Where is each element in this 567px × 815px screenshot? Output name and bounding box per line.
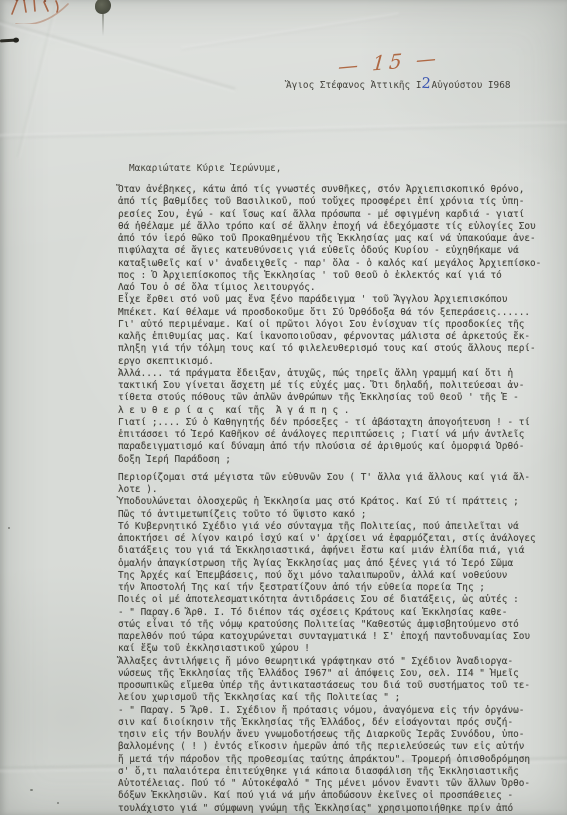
text-line: - " Παραγ.6 Ἄρθ. Ι. Τό διέπον τάς σχέσει… xyxy=(118,607,554,619)
text-line: δοξη Ἱερή Παράδοση ; xyxy=(118,454,554,466)
paper-crease xyxy=(181,13,399,50)
text-line: παρελθόν πού τώρα κατοχυρώνεται συνταγμα… xyxy=(118,631,554,643)
text-line: Γι' αὐτό περιμέναμε. Καί οἱ πρῶτοι λόγοι… xyxy=(118,319,554,331)
text-line: ἤ μετά τήν πάροδον τῆς προθεσμίας ταύτης… xyxy=(118,754,554,766)
text-line: βαλλομένης ( ! ) ἐντός εἴκοσιν ἡμερῶν ἀπ… xyxy=(118,741,554,753)
text-line: καλῆς ἐπιθυμίας μας. Καί ἱκανοποιοῦσαν, … xyxy=(118,331,554,343)
document-page: — 15 — Ἅγιος Στέφανος Ἀττικῆς Ι2Αὐγούστο… xyxy=(0,0,567,815)
text-line: Εἶχε ἔρθει στό νοῦ μας ἕνα ξένο παράδειγ… xyxy=(118,294,554,306)
salutation: Μακαριώτατε Κύριε Ἱερώνυμε, xyxy=(129,163,281,174)
text-line: νώσεως τῆς Ἐκκλησίας τῆς Ἑλλάδος Ι967" α… xyxy=(118,668,554,680)
text-line: δόξων Ἐκκλησιῶν. Καί πού γιά νά μήν ἀποδ… xyxy=(118,790,554,802)
text-line: εργο σκεπτικισμό. xyxy=(118,356,554,368)
paragraph: Περιορίζομαι στά μέγιστα τῶν εὐθυνῶν Σου… xyxy=(118,472,554,815)
paragraph: Ὅταν ἀνέβηκες, κάτω ἀπό τίς γνωστές συνθ… xyxy=(118,184,554,368)
date-line: Ἅγιος Στέφανος Ἀττικῆς Ι2Αὐγούστου Ι968 xyxy=(286,80,511,91)
text-line: λοτε ). xyxy=(118,484,554,496)
text-line: ὁμαλήν ἀπαγκίστρωση τῆς Ἁγίας Ἐκκλησίας … xyxy=(118,558,554,570)
text-line: Ποιές οἱ μέ ἀποτελεσματικότητα ἀντιδράσε… xyxy=(118,594,554,606)
ink-blot-drip xyxy=(102,14,104,36)
text-line: στώς εἶναι τό τῆς νόμῳ κρατούσης Πολιτεί… xyxy=(118,619,554,631)
date-typed-suffix: Αὐγούστου Ι968 xyxy=(431,80,510,91)
text-line: Γιατί ;.... Σύ ὁ Καθηγητής δέν πρόσεξες … xyxy=(118,417,554,429)
text-line: Ὑποδουλώνεται ὁλοσχερῶς ἡ Ἐκκλησία μας σ… xyxy=(118,496,554,508)
text-line: ἀποκτήσει σέ λίγον καιρό ἰσχύ καί ν' ἀρχ… xyxy=(118,533,554,545)
text-line: Της Ἀρχές καί Ἐπεμβάσεις, πού ὄχι μόνο τ… xyxy=(118,570,554,582)
ink-speck xyxy=(57,802,59,804)
date-typed-prefix: Ἅγιος Στέφανος Ἀττικῆς Ι xyxy=(286,80,421,91)
paragraph: Ἀλλά.... τά πράγματα ἔδειξαν, ἀτυχῶς, πώ… xyxy=(118,368,554,466)
text-line: σ' ὅ,τι παλαιότερα ἐπιτεύχθηκε γιά κάποι… xyxy=(118,766,554,778)
handwritten-date-digit: 2 xyxy=(421,79,432,91)
text-line: Ἄλλαξες ἀντιλήψεις ἤ μόνο θεωρητικά γράφ… xyxy=(118,656,554,668)
text-line: Τό Κυβερνητικό Σχέδιο γιά νέο σύνταγμα τ… xyxy=(118,521,554,533)
text-line: Ὅταν ἀνέβηκες, κάτω ἀπό τίς γνωστές συνθ… xyxy=(118,184,554,196)
text-line: Μπέκετ. Καί θέλαμε νά προσδοκοῦμε ὅτι Σύ… xyxy=(118,307,554,319)
ink-blot xyxy=(95,0,111,14)
paper-crease xyxy=(0,121,567,138)
text-line: Πῶς τό ἀντιμετωπίζεις τοῦτο τό ὕψιστο κα… xyxy=(118,509,554,521)
ink-speck xyxy=(30,789,33,791)
text-line: λείου χωρισμοῦ τῆς Ἐκκλησίας καί τῆς Πολ… xyxy=(118,692,554,704)
text-line: ἀπό τίς βαθμίδες τοῦ Βασιλικοῦ, πού τοὔχ… xyxy=(118,196,554,208)
text-line: πιφύλαχτα σέ ἅγιες κατευθύνσεις γιά εὐθε… xyxy=(118,245,554,257)
text-line: Λαό Του ὁ σέ ὅλα τίμιος λειτουργός. xyxy=(118,282,554,294)
text-line: Ἀλλά.... τά πράγματα ἔδειξαν, ἀτυχῶς, πώ… xyxy=(118,368,554,380)
text-line: - " Παραγ. 5 Ἄρθ. Ι. Σχέδιον ἤ πρότασις … xyxy=(118,705,554,717)
text-line: καί ἔξω τοῦ ἐκκλησιαστικοῦ χώρου ! xyxy=(118,643,554,655)
text-line: σιν καί διοίκησιν τῆς Ἐκκλησίας τῆς Ἑλλά… xyxy=(118,717,554,729)
text-line: Περιορίζομαι στά μέγιστα τῶν εὐθυνῶν Σου… xyxy=(118,472,554,484)
margin-ink-mark xyxy=(0,39,17,43)
text-line: ρεσίες Σου, ἐγώ - καί ἴσως καί ἄλλα πρόσ… xyxy=(118,209,554,221)
text-line: τακτική Σου γίνεται ἄσχετη μέ τίς εὐχές … xyxy=(118,380,554,392)
text-line: καταξιωθεῖς καί ν' ἀναδειχθεῖς - παρ' ὅλ… xyxy=(118,258,554,270)
pencil-scribble xyxy=(4,0,94,24)
text-line: λ ε υ θ ε ρ ί α ς καί τῆς Ἀ γ ά π η ς . xyxy=(118,405,554,417)
text-line: διατάξεις του γιά τά Ἐκκλησιαστικά, ἀφήν… xyxy=(118,545,554,557)
text-line: τουλάχιστο γιά " σύμφωνη γνώμη τῆς Ἐκκλη… xyxy=(118,803,554,815)
letter-body: Ὅταν ἀνέβηκες, κάτω ἀπό τίς γνωστές συνθ… xyxy=(118,184,554,815)
ink-speck xyxy=(8,527,10,529)
text-line: πληξη γιά τήν τόλμη τους καί τό φιλελευθ… xyxy=(118,343,554,355)
text-line: ἀπό τόν ἱερό θῶκο τοῦ Προκαθημένου τῆς Ἐ… xyxy=(118,233,554,245)
text-line: τίθετα στούς πόθους τῶν ἁπλῶν ἀνθρώπων τ… xyxy=(118,392,554,404)
text-line: τήν Ἀποστολή Της καί τήν ξεστρατίζουν ἀπ… xyxy=(118,582,554,594)
text-line: πος : Ὁ Ἀρχιεπίσκοπος τῆς Ἐκκλησίας ' το… xyxy=(118,270,554,282)
text-line: θά ἠθέλαμε μέ ἄλλο τρόπο καί σέ ἄλλην ἐπ… xyxy=(118,221,554,233)
handwritten-page-number: — 15 — xyxy=(337,45,441,78)
text-line: Αὐτοτέλειας. Πού τό " Αὐτοκέφαλό " Της μ… xyxy=(118,778,554,790)
text-line: τησιν εἰς τήν Βουλήν ἄνευ γνωμοδοτήσεως … xyxy=(118,729,554,741)
text-line: παραδειγματισμό καί δύναμη ἀπό τήν πλούσ… xyxy=(118,441,554,453)
text-line: προσωπικῶς εἴμεθα ὑπέρ τῆς ἀντικαταστάσε… xyxy=(118,680,554,692)
paper-crease xyxy=(0,16,236,92)
text-line: ἐπιτάσσει τό Ἱερό Καθῆκον σέ ἀνάλογες πε… xyxy=(118,429,554,441)
